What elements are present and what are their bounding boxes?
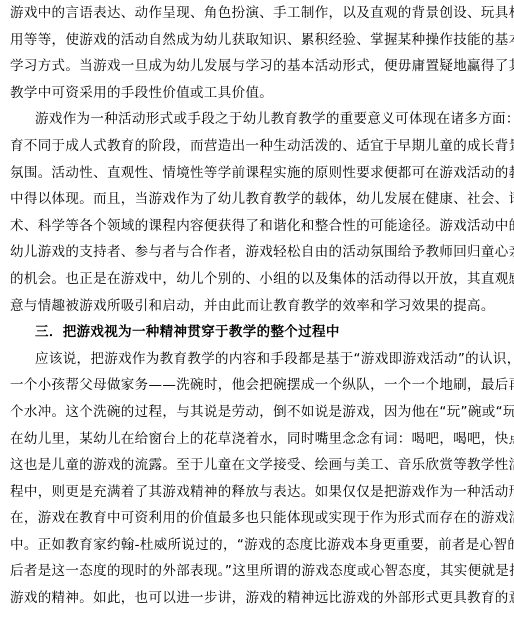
text-line: 中得以体现。而且，当游戏作为了幼儿教育教学的载体，幼儿发展在健康、社会、语言、艺 [10, 186, 510, 213]
document-page: 游戏中的言语表达、动作呈现、角色扮演、手工制作，以及直观的背景创设、玩具材料的使… [10, 0, 510, 612]
text-line: 程中，则更是充满着了其游戏精神的释放与表达。如果仅仅是把游戏作为一种活动形式的存 [10, 479, 510, 506]
text-line: 游戏的精神。如此，也可以进一步讲，游戏的精神远比游戏的外部形式更具教育的意义，因 [10, 585, 510, 612]
text-line: 一个小孩帮父母做家务——洗碗时，他会把碗摆成一个纵队，一个一个地刷，最后再一个一 [10, 372, 510, 399]
text-line: 在，游戏在教育中可资利用的价值最多也只能体现或实现于作为形式而存在的游戏活动过程 [10, 505, 510, 532]
text-line: 的机会。也正是在游戏中，幼儿个别的、小组的以及集体的活动得以开放，其直观感性的注 [10, 266, 510, 293]
paragraph-2: 游戏作为一种活动形式或手段之于幼儿教育教学的重要意义可体现在诸多方面：幼儿教 育… [10, 106, 510, 319]
text-line: 在幼儿里，某幼儿在给窗台上的花草浇着水，同时嘴里念念有词：喝吧，喝吧，快点长大。 [10, 426, 510, 453]
text-line: 育不同于成人式教育的阶段，而营造出一种生动活泼的、适宜于早期儿童的成长背景与教育 [10, 133, 510, 160]
text-line: 个水冲。这个洗碗的过程，与其说是劳动，倒不如说是游戏，因为他在“玩”碗或“玩”水… [10, 399, 510, 426]
text-line: 幼儿游戏的支持者、参与者与合作者，游戏轻松自由的活动氛围给予教师回归童心亲近儿童 [10, 239, 510, 266]
text-line: 中。正如教育家约翰-杜威所说过的，“游戏的态度比游戏本身更重要，前者是心智的态度… [10, 532, 510, 559]
text-line: 用等等，使游戏的活动自然成为幼儿获取知识、累积经验、掌握某种操作技能的基本途径和 [10, 27, 510, 54]
text-line: 术、科学等各个领域的课程内容便获得了和谐化和整合性的可能途径。游戏活动中的教师是 [10, 213, 510, 240]
paragraph-1: 游戏中的言语表达、动作呈现、角色扮演、手工制作，以及直观的背景创设、玩具材料的使… [10, 0, 510, 106]
text-line: 教学中可资采用的手段性价值或工具价值。 [10, 80, 510, 107]
text-line: 游戏作为一种活动形式或手段之于幼儿教育教学的重要意义可体现在诸多方面：幼儿教 [10, 106, 510, 133]
section-heading: 三．把游戏视为一种精神贯穿于教学的整个过程中 [10, 319, 510, 346]
text-line: 游戏中的言语表达、动作呈现、角色扮演、手工制作，以及直观的背景创设、玩具材料的使 [10, 0, 510, 27]
text-line: 氛围。活动性、直观性、情境性等学前课程实施的原则性要求便都可在游戏活动的教育形式 [10, 160, 510, 187]
text-line: 学习方式。当游戏一旦成为幼儿发展与学习的基本活动形式，便毋庸置疑地赢得了其在教育 [10, 53, 510, 80]
text-line: 这也是儿童的游戏的流露。至于儿童在文学接受、绘画与美工、音乐欣赏等教学性活动的过 [10, 452, 510, 479]
text-line: 应该说，把游戏作为教育教学的内容和手段都是基于“游戏即游戏活动”的认识，例如： [10, 346, 510, 373]
text-line: 后者是这一态度的现时的外部表现。”这里所谓的游戏态度或心智态度，其实便就是指向了 [10, 558, 510, 585]
paragraph-3: 应该说，把游戏作为教育教学的内容和手段都是基于“游戏即游戏活动”的认识，例如： … [10, 346, 510, 612]
text-line: 意与情趣被游戏所吸引和启动，并由此而让教育教学的效率和学习效果的提高。 [10, 293, 510, 320]
